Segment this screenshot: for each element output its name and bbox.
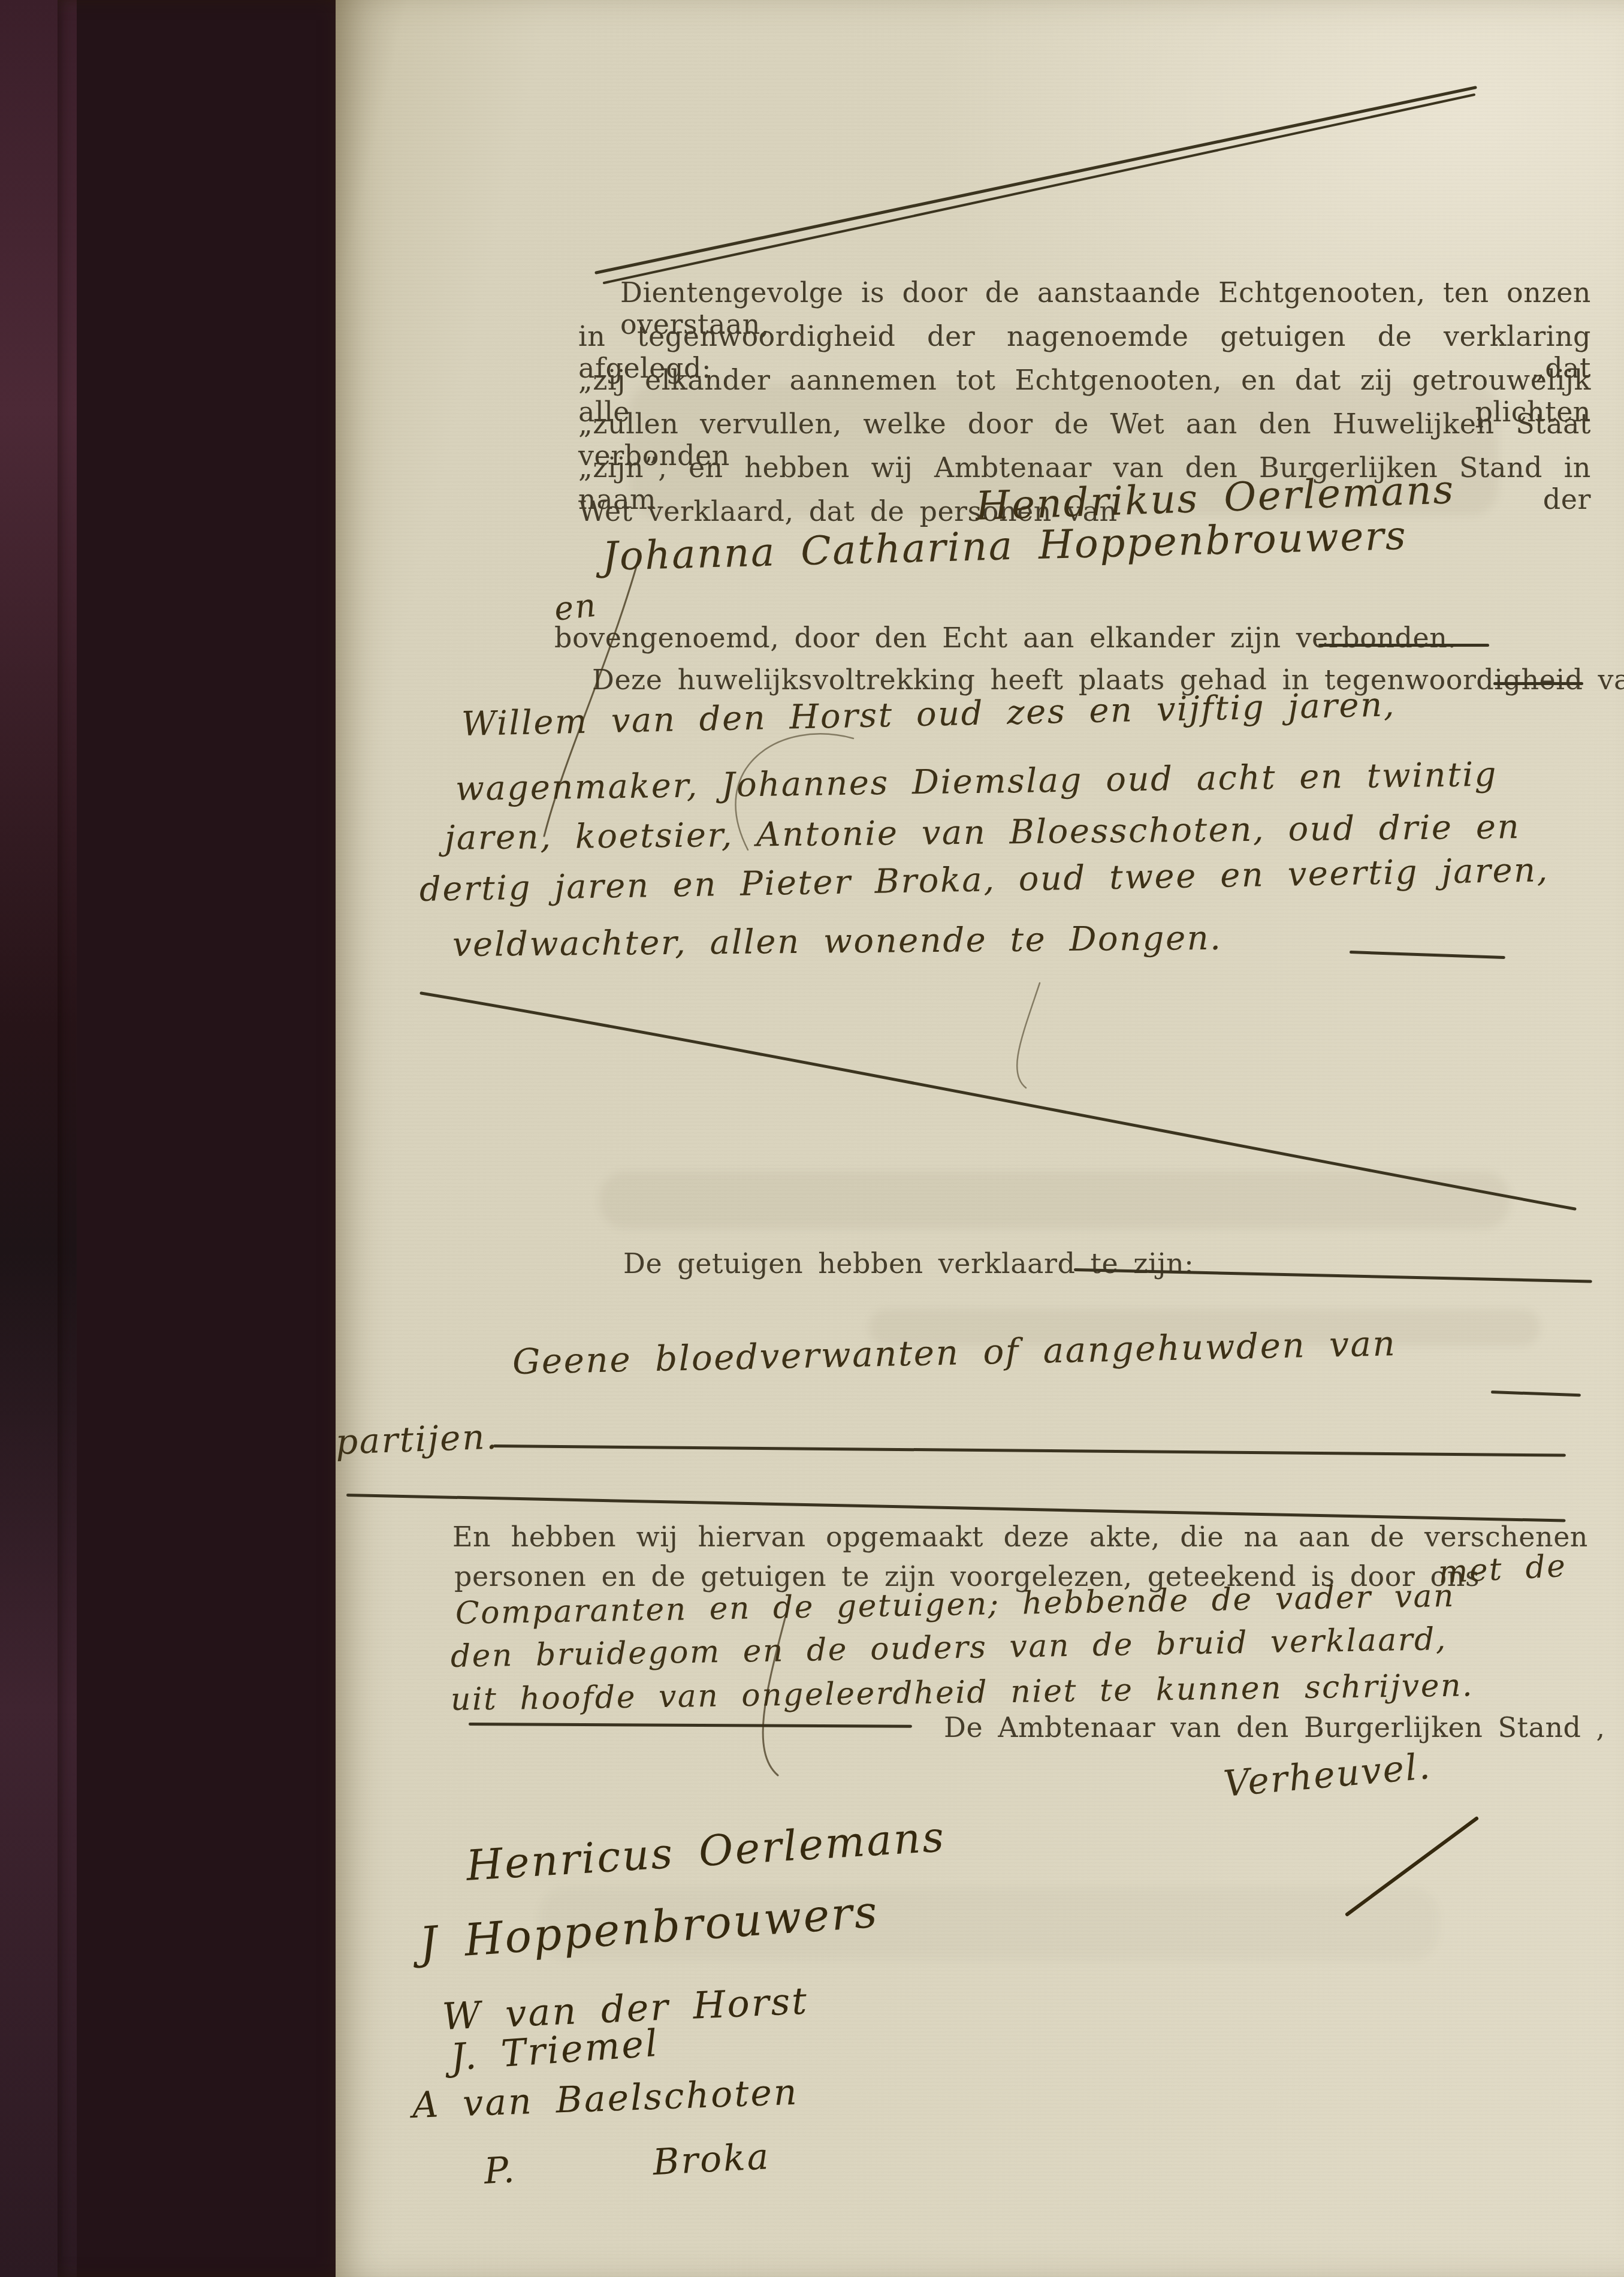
cancellation-stroke-middle (421, 993, 1575, 1209)
handwriting-flourish (736, 734, 853, 850)
cancellation-stroke-top-b (604, 95, 1474, 283)
handwriting-flourish (544, 560, 638, 836)
signature-flourish-slash (1347, 1818, 1477, 1914)
handwriting-flourish (763, 1618, 785, 1775)
cancellation-stroke-top-a (596, 88, 1475, 273)
scanned-register-book: Dientengevolge is door de aanstaande Ech… (0, 0, 1624, 2277)
pen-strokes-overlay (0, 0, 1624, 2277)
handwriting-flourish (1017, 983, 1040, 1088)
